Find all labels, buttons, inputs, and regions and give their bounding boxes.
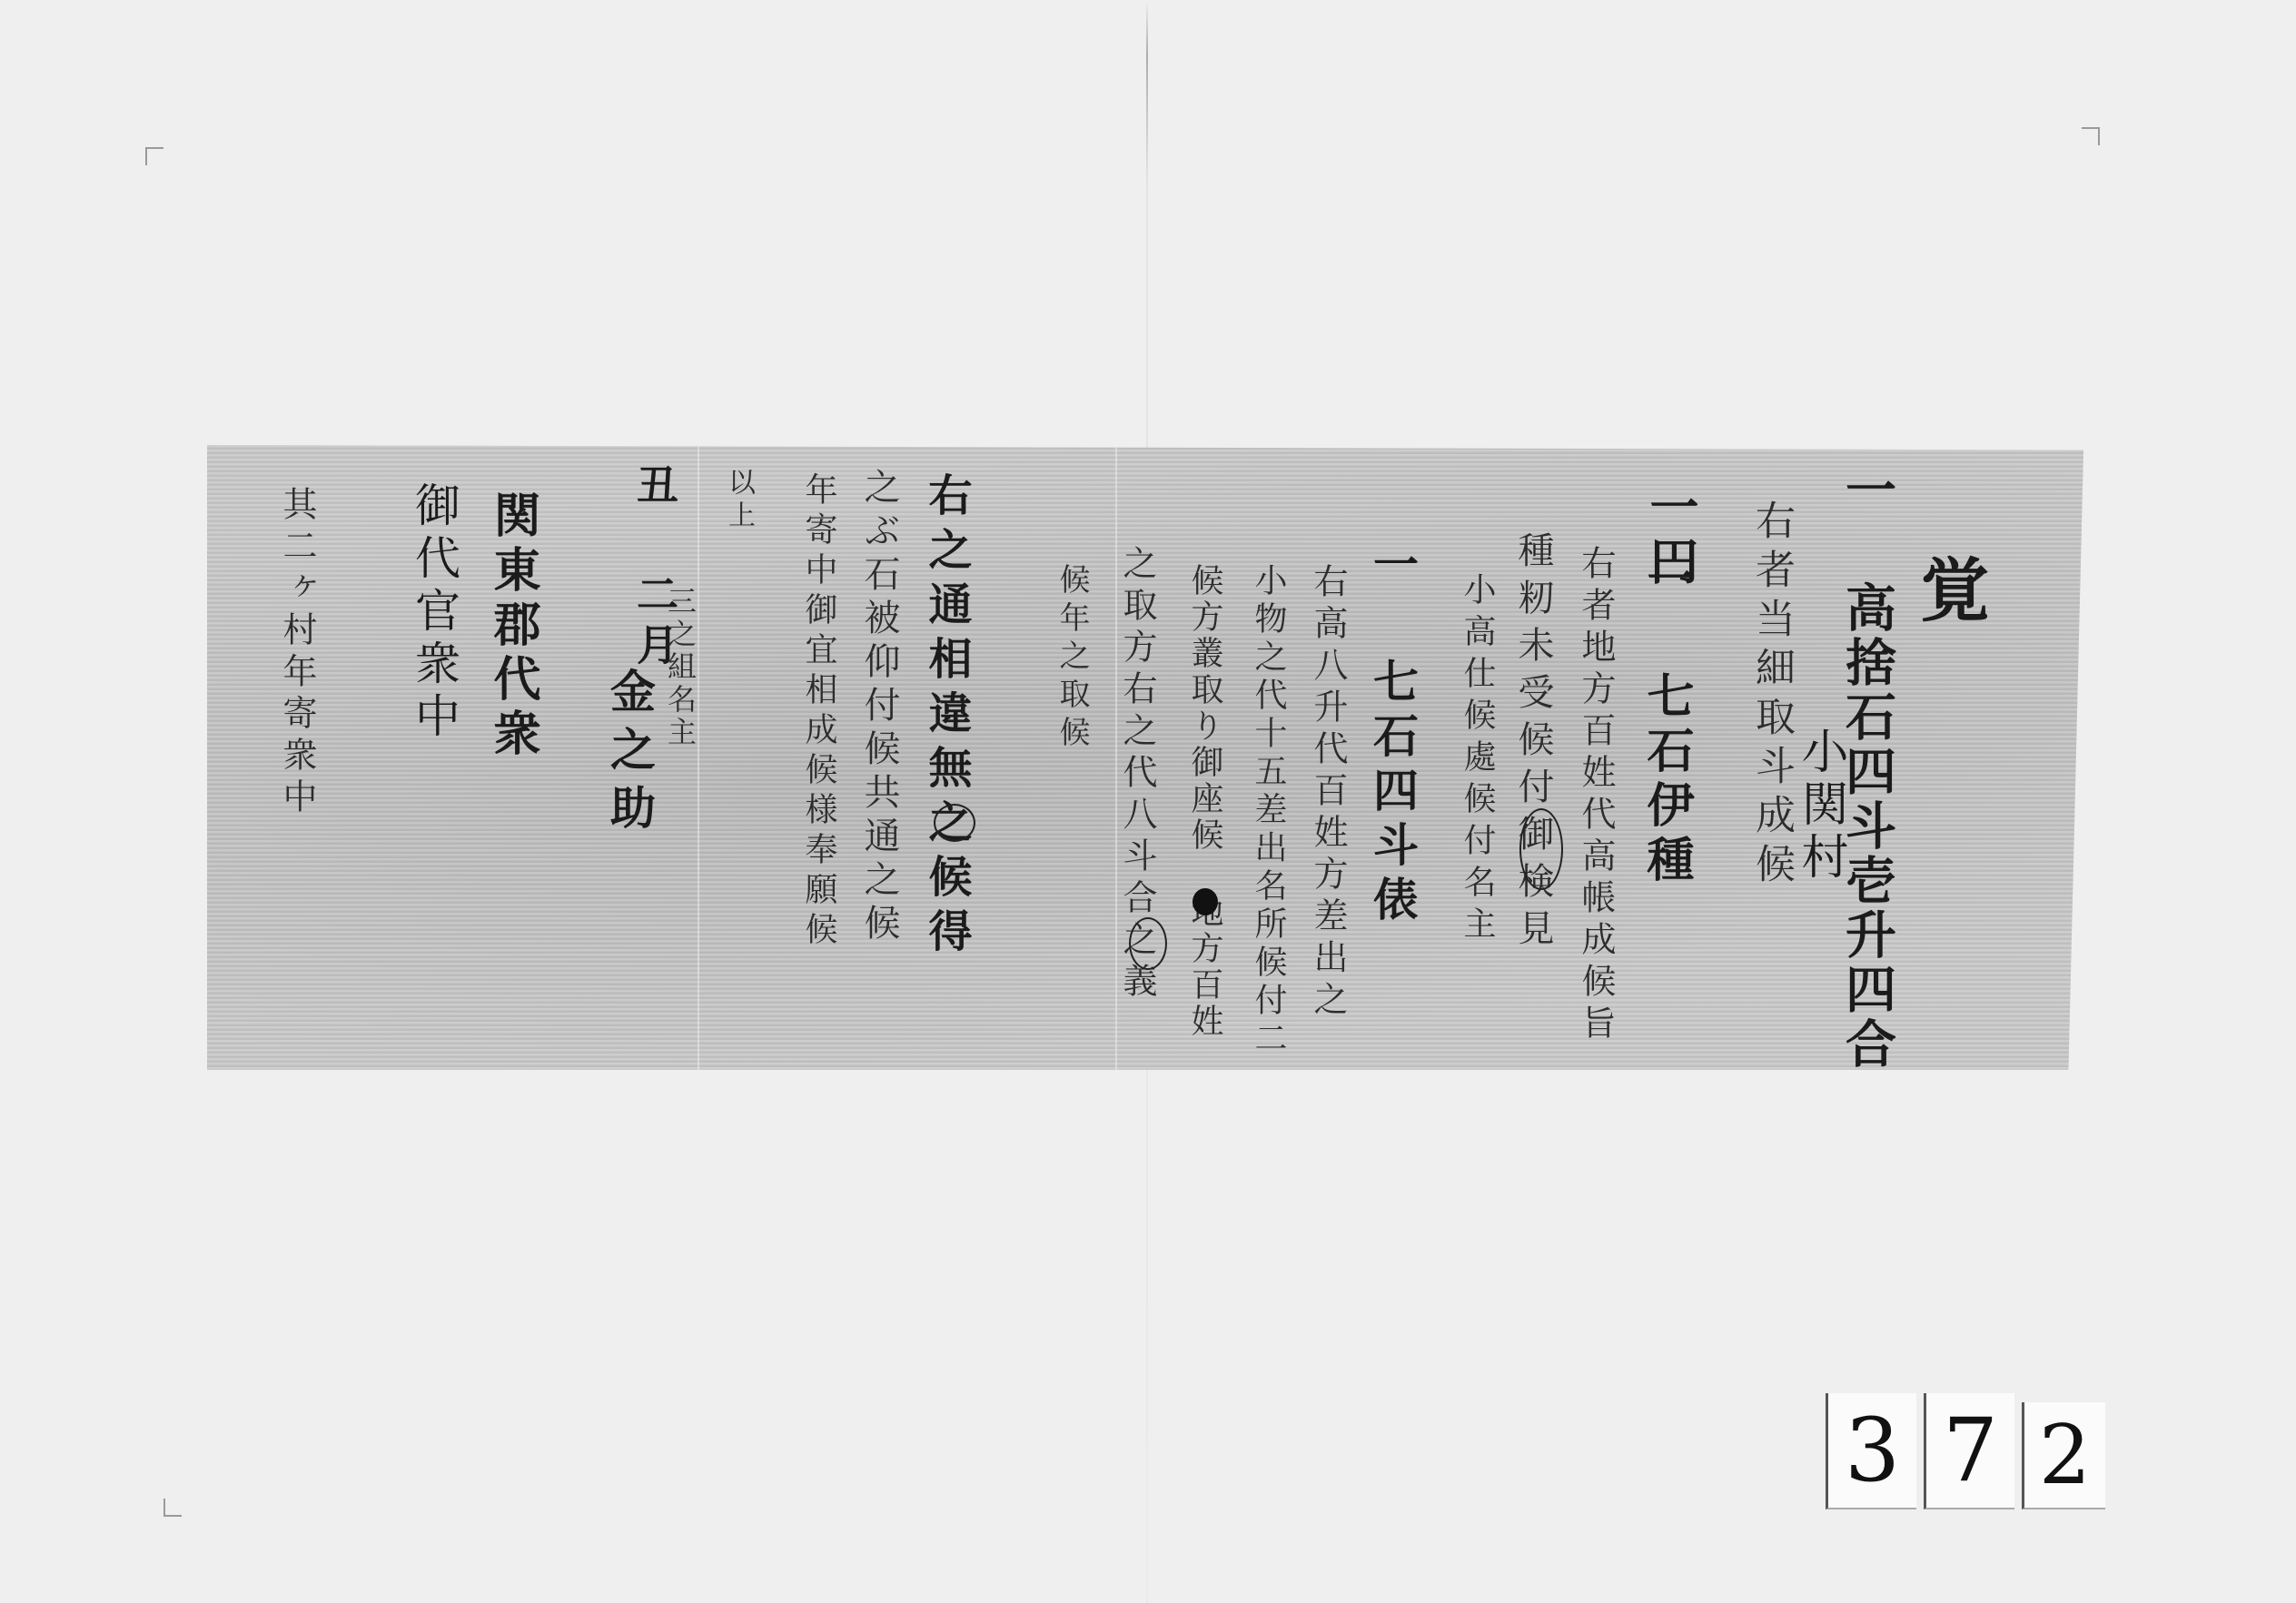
manuscript-line: 年寄中御宜相成候様奉願候 [802,472,835,952]
manuscript-line: 候方叢取り御座候 地方百姓 [1188,563,1221,1040]
manuscript-addressee: 其二ヶ村年寄衆中 [280,486,314,820]
paper-fold-line [698,445,699,1070]
manuscript-paper: 覚 一 高捨石四斗壱升四合 小関村 右者当細取斗成候 一円 一 七石伊種 右者地… [207,445,2083,1070]
seal-oval-mark [934,804,975,842]
crop-mark-top-right [2082,127,2100,145]
manuscript-title: 覚 [1915,554,1984,628]
manuscript-signature: 金之助 [607,668,652,842]
manuscript-addressee: 関東郡代衆 [489,490,536,763]
page-number-digit: 3 [1826,1393,1916,1509]
page-number-digit: 7 [1924,1393,2014,1509]
manuscript-line: 候年之取候 [1056,563,1087,754]
page-number-tags: 3 7 2 [1826,1393,2105,1511]
manuscript-line: 右者地方百姓代高帳成候旨 [1578,545,1613,1046]
manuscript-line: 之ぶ石被仰付候共通之候 [861,468,897,947]
manuscript-addressee: 御代官衆中 [411,481,457,745]
manuscript-line: 小関村 [1796,727,1844,885]
manuscript-line: 以上 [725,468,752,533]
manuscript-line: 種籾未受候付御検見 [1515,531,1551,956]
manuscript-line: 右者当細取斗成候 [1751,500,1791,892]
manuscript-line: 右之通相違無之候得 [925,472,968,963]
manuscript-line: 三之組名主 [666,586,695,749]
manuscript-line: 右高八升代百姓方差出之 [1311,563,1345,1023]
page-number-digit: 2 [2022,1402,2105,1509]
ink-seal-dot [1193,888,1218,915]
manuscript-line: 一 高捨石四斗壱升四合 [1842,463,1893,1072]
manuscript-line: 小物之代十五差出名所候付二 [1252,563,1284,1059]
crop-mark-bottom-left [163,1499,182,1517]
seal-oval-mark [1129,917,1167,970]
manuscript-line: 一 七石伊種 [1642,554,1689,889]
crop-mark-top-left [145,147,163,165]
seal-oval-mark [1519,808,1563,890]
manuscript-line: 一 七石四斗俵 [1370,540,1415,930]
manuscript-line: 小高仕候處候付名主 [1460,572,1493,948]
